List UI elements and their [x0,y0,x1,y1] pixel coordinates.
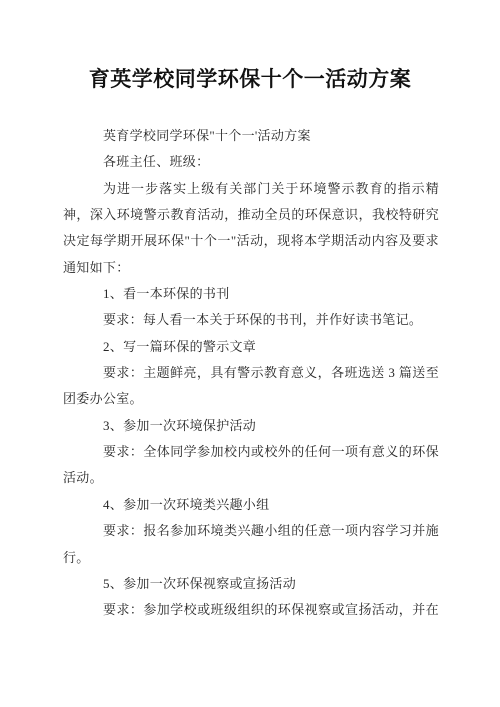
text-line: 3、参加一次环境保护活动 [63,413,439,439]
text-line: 要求：全体同学参加校内或校外的任何一项有意义的环保 [63,439,439,465]
text-line: 团委办公室。 [63,386,439,412]
text-line: 要求：每人看一本关于环保的书刊，并作好读书笔记。 [63,307,439,333]
text-line: 5、参加一次环保视察或宣扬活动 [63,571,439,597]
text-line: 决定每学期开展环保"十个一"活动，现将本学期活动内容及要求 [63,228,439,254]
document-page: 育英学校同学环保十个一活动方案 英育学校同学环保"十个一'活动方案 各班主任、班… [0,0,500,707]
text-line: 要求：报名参加环境类兴趣小组的任意一项内容学习并施 [63,518,439,544]
document-body: 英育学校同学环保"十个一'活动方案 各班主任、班级： 为进一步落实上级有关部门关… [63,123,439,624]
document-title: 育英学校同学环保十个一活动方案 [0,64,500,94]
text-line: 为进一步落实上级有关部门关于环境警示教育的指示精 [63,176,439,202]
text-line: 活动。 [63,465,439,491]
text-line: 2、写一篇环保的警示文章 [63,334,439,360]
text-line: 各班主任、班级： [63,149,439,175]
text-line: 要求：主题鲜亮，具有警示教育意义，各班选送 3 篇送至 [63,360,439,386]
text-line: 1、看一本环保的书刊 [63,281,439,307]
text-line: 行。 [63,545,439,571]
text-line: 神，深入环境警示教育活动，推动全员的环保意识，我校特研究 [63,202,439,228]
text-line: 通知如下： [63,255,439,281]
text-line: 英育学校同学环保"十个一'活动方案 [63,123,439,149]
text-line: 要求：参加学校或班级组织的环保视察或宣扬活动，并在 [63,597,439,623]
text-line: 4、参加一次环境类兴趣小组 [63,492,439,518]
